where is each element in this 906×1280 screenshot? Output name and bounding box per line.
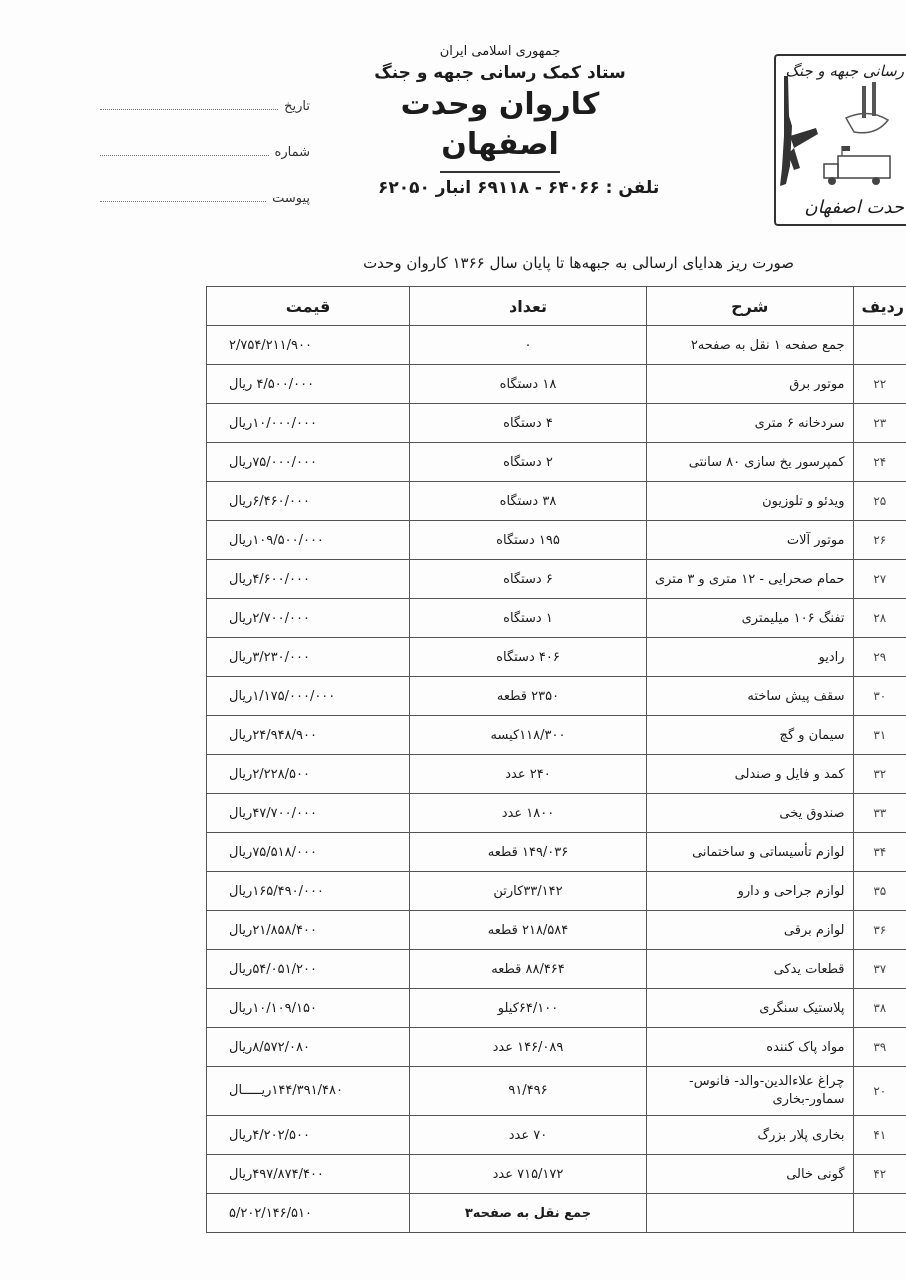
cell-description: کمپرسور یخ سازی ۸۰ سانتی [646,443,853,482]
letterhead-title: کاروان وحدت اصفهان [360,85,640,165]
cell-description: حمام صحرایی - ۱۲ متری و ۳ متری [646,560,853,599]
cell-price: ۱۰/۱۰۹/۱۵۰ریال [207,989,410,1028]
date-label: تاریخ [284,99,310,114]
cell-quantity: ۲۳۵۰ قطعه [410,677,647,716]
table-row: ۳۹ مواد پاک کننده ۱۴۶/۰۸۹ عدد ۸/۵۷۲/۰۸۰ر… [207,1028,906,1067]
cell-description: سردخانه ۶ متری [646,404,853,443]
table-row: ۲۵ ویدئو و تلوزیون ۳۸ دستگاه ۶/۴۶۰/۰۰۰ری… [207,482,906,521]
cell-price: ۱۴۴/۳۹۱/۴۸۰ریـــــال [207,1067,410,1116]
header-quantity: تعداد [410,287,647,326]
logo-top-text: رسانی جبهه و جنگ [785,62,904,80]
header-description: شرح [646,287,853,326]
attachment-label: پیوست [272,191,310,206]
table-row: ۳۲ کمد و فایل و صندلی ۲۴۰ عدد ۲/۲۲۸/۵۰۰ر… [207,755,906,794]
document-page: تاریخ شماره پیوست جمهوری اسلامی ایران ست… [0,0,906,1280]
header-index: ردیف [853,287,906,326]
cell-quantity: ۲ دستگاه [410,443,647,482]
table-row: ۳۷ قطعات یدکی ۸۸/۴۶۴ قطعه ۵۴/۰۵۱/۲۰۰ریال [207,950,906,989]
cell-price: ۴/۵۰۰/۰۰۰ ریال [207,365,410,404]
table-row: ۳۵ لوازم جراحی و دارو ۳۳/۱۴۲کارتن ۱۶۵/۴۹… [207,872,906,911]
cell-index: ۳۰ [853,677,906,716]
cell-price: ۶/۴۶۰/۰۰۰ریال [207,482,410,521]
cell-index: ۲۸ [853,599,906,638]
cell-description: سیمان و گچ [646,716,853,755]
cell-index [853,326,906,365]
table-row: ۳۸ پلاستیک سنگری ۶۴/۱۰۰کیلو ۱۰/۱۰۹/۱۵۰ری… [207,989,906,1028]
cell-index: ۳۳ [853,794,906,833]
cell-price: ۷۵/۵۱۸/۰۰۰ریال [207,833,410,872]
cell-price: ۳/۲۳۰/۰۰۰ریال [207,638,410,677]
cell-quantity: ۳۳/۱۴۲کارتن [410,872,647,911]
cell-price: ۲۱/۸۵۸/۴۰۰ریال [207,911,410,950]
cell-description: لوازم جراحی و دارو [646,872,853,911]
meta-fields: تاریخ شماره پیوست [100,68,310,206]
cell-index: ۳۴ [853,833,906,872]
date-field: تاریخ [100,68,310,114]
cell-description: گونی خالی [646,1155,853,1194]
cell-description: صندوق یخی [646,794,853,833]
cell-quantity: ۹۱/۴۹۶ [410,1067,647,1116]
cell-quantity: ۲۴۰ عدد [410,755,647,794]
cell-quantity: ۱۴۹/۰۳۶ قطعه [410,833,647,872]
logo-emblem: رسانی جبهه و جنگ حدت اصفهان [774,54,906,226]
cell-description: تفنگ ۱۰۶ میلیمتری [646,599,853,638]
cell-index: ۳۷ [853,950,906,989]
cell-index: ۲۶ [853,521,906,560]
cell-price: ۴۹۷/۸۷۴/۴۰۰ریال [207,1155,410,1194]
letterhead-phone: تلفن : ۶۴۰۶۶ - ۶۹۱۱۸ انبار ۶۲۰۵۰ [378,178,659,198]
cell-index [853,1194,906,1233]
cell-index: ۳۸ [853,989,906,1028]
attachment-field: پیوست [100,160,310,206]
table-row: ۳۴ لوازم تأسیساتی و ساختمانی ۱۴۹/۰۳۶ قطع… [207,833,906,872]
cell-quantity: ۱۹۵ دستگاه [410,521,647,560]
cell-description: لوازم تأسیساتی و ساختمانی [646,833,853,872]
letterhead-divider [440,171,560,173]
cell-quantity: ٠ [410,326,647,365]
cell-price: ۱/۱۷۵/۰۰۰/۰۰۰ریال [207,677,410,716]
cell-description: موتور آلات [646,521,853,560]
cell-index: ۳۹ [853,1028,906,1067]
table-row: ۲۸ تفنگ ۱۰۶ میلیمتری ۱ دستگاه ۲/۷۰۰/۰۰۰ر… [207,599,906,638]
cell-description: موتور برق [646,365,853,404]
cell-price: ۴۷/۷۰۰/۰۰۰ریال [207,794,410,833]
letterhead-org: ستاد کمک رسانی جبهه و جنگ [360,63,640,83]
cell-price: ۸/۵۷۲/۰۸۰ریال [207,1028,410,1067]
cell-price: ۵۴/۰۵۱/۲۰۰ریال [207,950,410,989]
table-row: ۲۴ کمپرسور یخ سازی ۸۰ سانتی ۲ دستگاه ۷۵/… [207,443,906,482]
cell-quantity: ۱ دستگاه [410,599,647,638]
table-header-row: ردیف شرح تعداد قیمت [207,287,906,326]
cell-quantity: جمع نقل به صفحه۳ [410,1194,647,1233]
cell-price: ۵/۲۰۲/۱۴۶/۵۱۰ [207,1194,410,1233]
cell-description: چراغ علاءالدین-والد- فانوس-سماور-بخاری [646,1067,853,1116]
table-row: ۴۲ گونی خالی ۷۱۵/۱۷۲ عدد ۴۹۷/۸۷۴/۴۰۰ریال [207,1155,906,1194]
cell-index: ۳۱ [853,716,906,755]
attachment-dotted-line [100,200,266,202]
cell-index: ۲۷ [853,560,906,599]
cell-description: سقف پیش ساخته [646,677,853,716]
cell-index: ۳۵ [853,872,906,911]
header-price: قیمت [207,287,410,326]
cell-index: ۲۹ [853,638,906,677]
cell-quantity: ۱۱۸/۳۰۰کیسه [410,716,647,755]
cell-quantity: ۳۸ دستگاه [410,482,647,521]
letterhead-country: جمهوری اسلامی ایران [360,44,640,59]
cell-price: ۱۶۵/۴۹۰/۰۰۰ریال [207,872,410,911]
number-label: شماره [275,145,310,160]
cell-description: پلاستیک سنگری [646,989,853,1028]
cell-price: ۲/۷۵۴/۲۱۱/۹۰۰ [207,326,410,365]
cell-description: رادیو [646,638,853,677]
cell-price: ۲/۷۰۰/۰۰۰ریال [207,599,410,638]
logo-bottom-text: حدت اصفهان [804,197,904,218]
table-row: ۲۶ موتور آلات ۱۹۵ دستگاه ۱۰۹/۵۰۰/۰۰۰ریال [207,521,906,560]
cell-index: ۲۴ [853,443,906,482]
cell-quantity: ۶ دستگاه [410,560,647,599]
number-dotted-line [100,154,269,156]
cell-quantity: ۴۰۶ دستگاه [410,638,647,677]
cell-index: ۴۱ [853,1116,906,1155]
table-row: ۳۶ لوازم برقی ۲۱۸/۵۸۴ قطعه ۲۱/۸۵۸/۴۰۰ریا… [207,911,906,950]
cell-quantity: ۱۸۰۰ عدد [410,794,647,833]
cell-index: ۲۲ [853,365,906,404]
cell-price: ۴/۲۰۲/۵۰۰ریال [207,1116,410,1155]
cell-description: جمع صفحه ۱ نقل به صفحه۲ [646,326,853,365]
table-row: ۳۱ سیمان و گچ ۱۱۸/۳۰۰کیسه ۲۴/۹۴۸/۹۰۰ریال [207,716,906,755]
letterhead: جمهوری اسلامی ایران ستاد کمک رسانی جبهه … [360,44,640,181]
table-row: ۳۳ صندوق یخی ۱۸۰۰ عدد ۴۷/۷۰۰/۰۰۰ریال [207,794,906,833]
cell-price: ۱۰/۰۰۰/۰۰۰ریال [207,404,410,443]
cell-quantity: ۶۴/۱۰۰کیلو [410,989,647,1028]
cell-quantity: ۱۸ دستگاه [410,365,647,404]
cell-quantity: ۷۱۵/۱۷۲ عدد [410,1155,647,1194]
cell-price: ۱۰۹/۵۰۰/۰۰۰ریال [207,521,410,560]
cell-price: ۲/۲۲۸/۵۰۰ریال [207,755,410,794]
table-row: ۳۰ سقف پیش ساخته ۲۳۵۰ قطعه ۱/۱۷۵/۰۰۰/۰۰۰… [207,677,906,716]
cell-description: کمد و فایل و صندلی [646,755,853,794]
number-field: شماره [100,114,310,160]
table-row: جمع صفحه ۱ نقل به صفحه۲ ٠ ۲/۷۵۴/۲۱۱/۹۰۰ [207,326,906,365]
cell-description: لوازم برقی [646,911,853,950]
cell-description: بخاری پلار بزرگ [646,1116,853,1155]
table-row: ۲۲ موتور برق ۱۸ دستگاه ۴/۵۰۰/۰۰۰ ریال [207,365,906,404]
date-dotted-line [100,108,278,110]
cell-description: مواد پاک کننده [646,1028,853,1067]
cell-index: ۲۳ [853,404,906,443]
cell-quantity: ۱۴۶/۰۸۹ عدد [410,1028,647,1067]
table-row: ۲۹ رادیو ۴۰۶ دستگاه ۳/۲۳۰/۰۰۰ریال [207,638,906,677]
cell-description: ویدئو و تلوزیون [646,482,853,521]
cell-description: قطعات یدکی [646,950,853,989]
cell-index: ۴۲ [853,1155,906,1194]
table-row: ۴۱ بخاری پلار بزرگ ۷۰ عدد ۴/۲۰۲/۵۰۰ریال [207,1116,906,1155]
cell-index: ۲۰ [853,1067,906,1116]
cell-index: ۳۶ [853,911,906,950]
cell-quantity: ۷۰ عدد [410,1116,647,1155]
document-title: صورت ریز هدایای ارسالی به جبهه‌ها تا پای… [284,254,794,272]
cell-price: ۷۵/۰۰۰/۰۰۰ریال [207,443,410,482]
table-total-row: جمع نقل به صفحه۳ ۵/۲۰۲/۱۴۶/۵۱۰ [207,1194,906,1233]
cell-quantity: ۸۸/۴۶۴ قطعه [410,950,647,989]
cell-index: ۲۵ [853,482,906,521]
table-row: ۲۰ چراغ علاءالدین-والد- فانوس-سماور-بخار… [207,1067,906,1116]
table-row: ۲۷ حمام صحرایی - ۱۲ متری و ۳ متری ۶ دستگ… [207,560,906,599]
cell-quantity: ۲۱۸/۵۸۴ قطعه [410,911,647,950]
cell-index: ۳۲ [853,755,906,794]
cell-description [646,1194,853,1233]
cell-quantity: ۴ دستگاه [410,404,647,443]
gifts-table: ردیف شرح تعداد قیمت جمع صفحه ۱ نقل به صف… [206,286,906,1233]
table-row: ۲۳ سردخانه ۶ متری ۴ دستگاه ۱۰/۰۰۰/۰۰۰ریا… [207,404,906,443]
cell-price: ۴/۶۰۰/۰۰۰ریال [207,560,410,599]
cell-price: ۲۴/۹۴۸/۹۰۰ریال [207,716,410,755]
